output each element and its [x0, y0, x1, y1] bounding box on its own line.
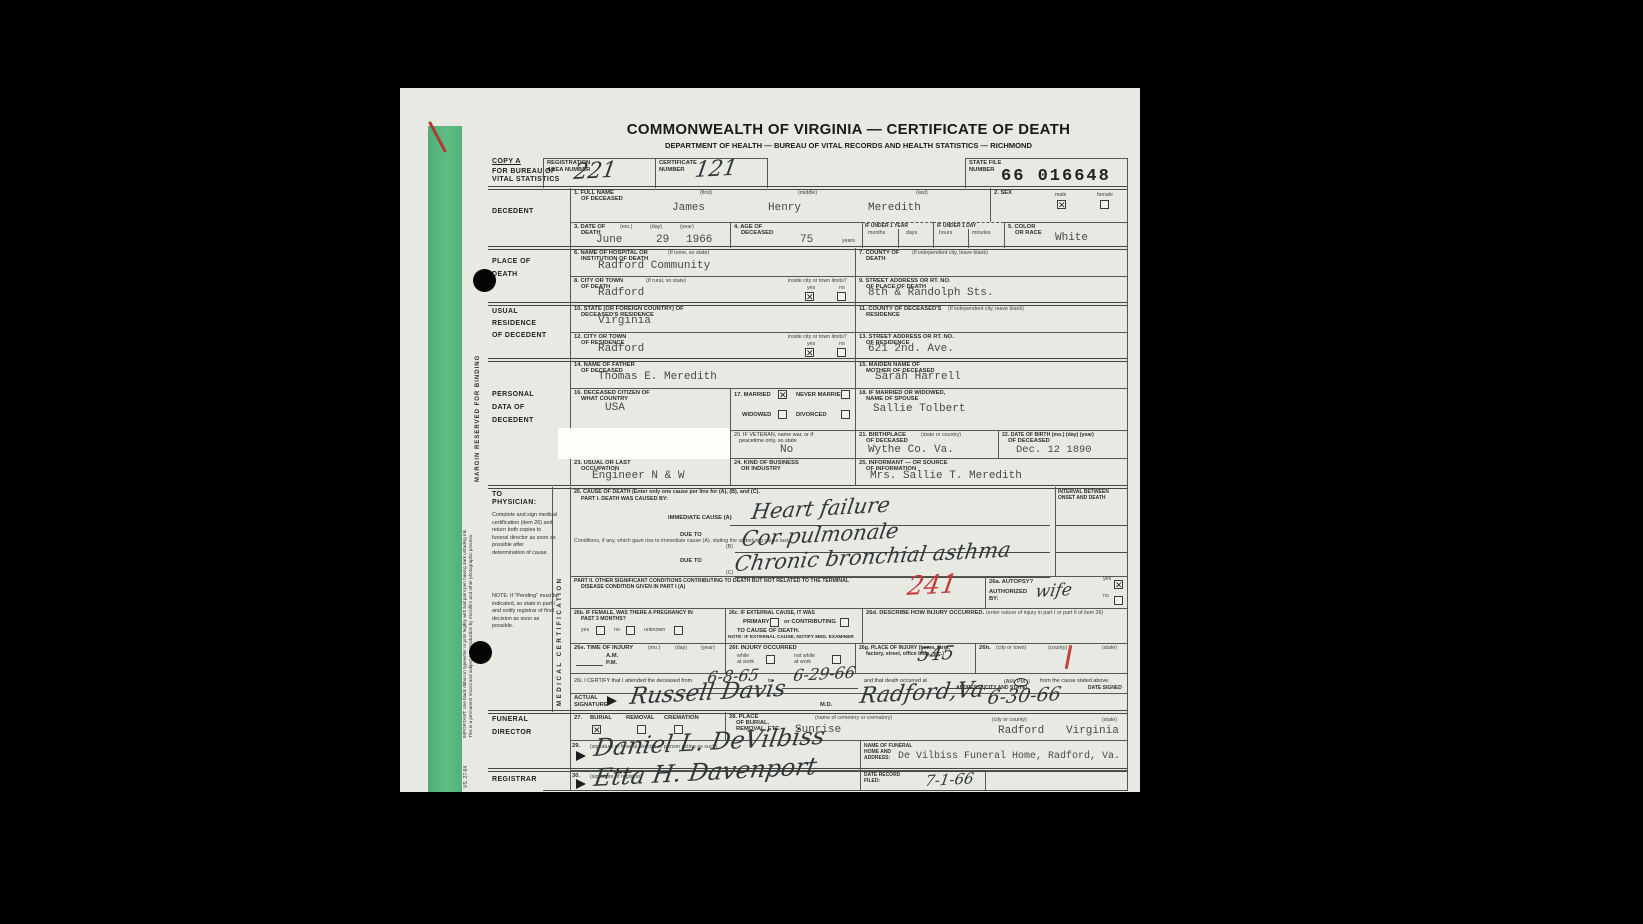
f21-paren: (state or country)	[921, 432, 961, 438]
contributing-checkbox	[840, 618, 849, 627]
street-of-death-value: 8th & Randolph Sts.	[868, 287, 993, 299]
autopsy-no-checkbox	[1114, 596, 1123, 605]
preg-yes-checkbox	[596, 626, 605, 635]
f26h-label: 26h.	[979, 645, 991, 652]
death-year: 1966	[686, 234, 712, 246]
section-usual-1: USUAL	[492, 308, 518, 315]
autopsy-yes-checkbox	[1114, 580, 1123, 589]
date-filed-value: 7-1-66	[924, 769, 975, 790]
funeral-home-label3: ADDRESS:	[864, 755, 890, 761]
f26c-label: 26c. IF EXTERNAL CAUSE, IT WAS	[729, 610, 815, 617]
registration-area-value: 221	[572, 158, 618, 185]
informant-value: Mrs. Sallie T. Meredith	[870, 470, 1022, 482]
u1d-hours: hours	[939, 230, 952, 236]
sex-female-checkbox	[1100, 200, 1109, 209]
u1d-divider	[968, 229, 969, 248]
section-usual-2: RESIDENCE	[492, 320, 536, 327]
section-personal-3: DECEDENT	[492, 417, 534, 424]
autopsy-yes-label: yes	[1103, 576, 1111, 582]
f26c-note: NOTE: IF EXTERNAL CAUSE, NOTIFY MED. EXA…	[728, 635, 854, 641]
u1y-days: days	[906, 230, 917, 236]
f8-yes-checkbox	[805, 292, 814, 301]
f12-no-checkbox	[837, 348, 846, 357]
burial-state-value: Virginia	[1066, 725, 1119, 737]
f12-inside-label: inside city or town limits?	[788, 334, 847, 340]
f1-last-label: (last)	[916, 190, 928, 196]
birthplace-value: Wythe Co. Va.	[868, 444, 954, 456]
certificate-subtitle: DEPARTMENT OF HEALTH — BUREAU OF VITAL R…	[570, 141, 1127, 150]
f28-cemetery-label: (name of cemetery or crematory)	[815, 715, 892, 721]
date-signed-label: DATE SIGNED	[1088, 685, 1122, 691]
f26b-label2: PAST 3 MONTHS?	[581, 616, 626, 623]
authorized-label2: BY:	[989, 596, 999, 603]
widowed-checkbox	[778, 410, 787, 419]
f26h-city-label: (city or town)	[996, 645, 1026, 651]
f26e-label: 26e. TIME OF INJURY	[574, 645, 633, 652]
immediate-cause-label: IMMEDIATE CAUSE (A)	[668, 515, 732, 522]
spouse-name-value: Sallie Tolbert	[873, 403, 965, 415]
section-funeral-2: DIRECTOR	[492, 729, 532, 736]
f28-state-label: (state)	[1102, 717, 1117, 723]
f26e-year: (year)	[701, 645, 715, 651]
age-value: 75	[800, 234, 813, 246]
md-label: M.D.	[820, 702, 832, 709]
to-physician-1: TO	[492, 491, 502, 498]
burial-city-value: Radford	[998, 725, 1044, 737]
f27-label: 27.	[574, 715, 582, 722]
to-physician-body: Complete and sign medical certification …	[492, 512, 558, 557]
part2-red-value: 241	[905, 569, 959, 602]
funeral-home-value: De Vilbiss Funeral Home, Radford, Va.	[898, 751, 1120, 762]
u1y-divider	[898, 229, 899, 248]
divorced-checkbox	[841, 410, 850, 419]
signature-arrow-icon	[607, 696, 617, 706]
death-day: 29	[656, 234, 669, 246]
f29-label: 29.	[572, 743, 580, 750]
attended-to-value: 6-29-66	[792, 663, 857, 685]
section-personal-1: PERSONAL	[492, 391, 534, 398]
conditions-note: Conditions, if any, which gave rise to i…	[574, 538, 666, 544]
date-filed-label2: FILED:	[864, 778, 880, 784]
u1d-minutes: minutes	[972, 230, 991, 236]
f2-label: 2. SEX	[994, 190, 1012, 197]
state-file-label2: NUMBER	[969, 167, 994, 174]
f26h-county-label: (county)	[1048, 645, 1067, 651]
f3-year: (year)	[680, 224, 694, 230]
f26d-paren: (enter nature of injury in part I or par…	[986, 610, 1103, 616]
binding-margin-strip	[428, 126, 462, 792]
to-physician-2: PHYSICIAN:	[492, 499, 536, 506]
f17-never-label: NEVER MARRIED	[796, 392, 845, 399]
deceased-middle-name: Henry	[768, 202, 801, 214]
f26e-day: (day)	[675, 645, 687, 651]
birth-date-value: Dec. 12 1890	[1016, 444, 1092, 456]
f26e-line	[576, 665, 603, 666]
u1y-months: months	[868, 230, 885, 236]
death-time-value: 545	[916, 642, 956, 666]
f1-first-label: (first)	[700, 190, 712, 196]
interval-line2	[1055, 552, 1127, 553]
f12-no-label: no	[839, 341, 845, 347]
part2-label2: DISEASE CONDITION GIVEN IN PART I (A)	[581, 584, 685, 591]
removal-label: REMOVAL	[626, 715, 655, 722]
occupation-value: Engineer N & W	[592, 470, 684, 482]
certificate-number-value: 121	[693, 156, 739, 183]
f8-paren: (If rural, so state)	[646, 278, 686, 284]
certificate-title: COMMONWEALTH OF VIRGINIA — CERTIFICATE O…	[570, 121, 1127, 138]
f4-years-label: years	[842, 238, 855, 244]
punch-hole-bottom	[469, 641, 492, 664]
certificate-number-label2: NUMBER	[659, 167, 684, 174]
authorized-by-value: wife	[1034, 580, 1073, 602]
f8-no-checkbox	[837, 292, 846, 301]
f26h-state-label: (state)	[1102, 645, 1117, 651]
f3-day: (day)	[650, 224, 662, 230]
f26-label: 26. CAUSE OF DEATH (Enter only one cause…	[574, 489, 760, 496]
autopsy-no-label: no	[1103, 593, 1109, 599]
deceased-last-name: Meredith	[868, 202, 921, 214]
section-place-1: PLACE OF	[492, 258, 531, 265]
section-usual-3: OF DECEDENT	[492, 332, 547, 339]
f6-paren: (If none, so state)	[668, 250, 709, 256]
hospital-value: Radford Community	[598, 260, 710, 272]
f17-married-label: 17. MARRIED	[734, 392, 771, 399]
f8-no-label: no	[839, 285, 845, 291]
f8-inside-label: inside city or town limits?	[788, 278, 847, 284]
residence-state-value: Virginia	[598, 315, 651, 327]
burial-label: BURIAL	[590, 715, 612, 722]
death-month: June	[596, 234, 622, 246]
f26-part1-label: PART I. DEATH WAS CAUSED BY:	[581, 496, 668, 503]
f26f-atwork: at work	[737, 659, 754, 665]
autopsy-label: 26a. AUTOPSY?	[989, 579, 1033, 586]
father-name-value: Thomas E. Meredith	[598, 371, 717, 383]
race-value: White	[1055, 232, 1088, 244]
section-place-2: DEATH	[492, 271, 518, 278]
f11-label2: RESIDENCE	[866, 312, 900, 319]
section-personal-2: DATA OF	[492, 404, 525, 411]
sex-female-label: female	[1097, 192, 1113, 198]
f26d-label: 26d. DESCRIBE HOW INJURY OCCURRED.	[866, 610, 984, 617]
primary-label: PRIMARY	[743, 619, 770, 626]
state-file-number: 66 016648	[1001, 167, 1111, 186]
binding-margin-text: MARGIN RESERVED FOR BINDING	[474, 172, 482, 482]
f12-yes-checkbox	[805, 348, 814, 357]
veteran-value: No	[780, 444, 793, 456]
cremation-label: CREMATION	[664, 715, 699, 722]
city-of-death-value: Radford	[598, 287, 644, 299]
u1d-label: IF UNDER 1 DAY	[937, 223, 976, 229]
deceased-first-name: James	[672, 202, 705, 214]
medical-certification-label: MEDICAL CERTIFICATION	[556, 496, 565, 706]
residence-city-value: Radford	[598, 343, 644, 355]
f17-divorced-label: DIVORCED	[796, 412, 827, 419]
date-filed-divider	[985, 770, 986, 791]
f11-paren: (If independent city, leave blank)	[948, 306, 1024, 312]
f28-city-label: (city or county)	[992, 717, 1027, 723]
f8-yes-label: yes	[807, 285, 815, 291]
redaction-box	[558, 428, 730, 459]
f7-label2: DEATH	[866, 256, 886, 263]
death-certificate-scan: IMPORTANT: Use black ribbon in typewrite…	[400, 88, 1140, 792]
date-signed-value: 6-30-66	[986, 683, 1063, 709]
preg-unknown-checkbox	[674, 626, 683, 635]
form-code: VS. 27-64	[463, 724, 470, 788]
scan-backdrop: { "header": { "title": "COMMONWEALTH OF …	[0, 0, 1643, 924]
b-label: (B)	[726, 544, 733, 550]
citizen-value: USA	[605, 402, 625, 414]
due-to-c-label: DUE TO	[680, 558, 702, 565]
f17-widowed-label: WIDOWED	[742, 412, 771, 419]
f4-label2: DECEASED	[741, 230, 773, 237]
f26f-label: 26f. INJURY OCCURRED	[729, 645, 797, 652]
section-decedent: DECEDENT	[492, 208, 534, 215]
sex-male-checkbox	[1057, 200, 1066, 209]
f24-label2: OR INDUSTRY	[741, 466, 781, 473]
f1-middle-label: (middle)	[798, 190, 817, 196]
u1y-label: IF UNDER 1 YEAR	[865, 223, 908, 229]
residence-street-value: 621 2nd. Ave.	[868, 343, 954, 355]
contributing-label: or CONTRIBUTING	[784, 619, 836, 626]
preg-unknown-label: unknown	[644, 627, 665, 633]
primary-checkbox	[770, 618, 779, 627]
preg-no-label: no	[614, 627, 620, 633]
never-married-checkbox	[841, 390, 850, 399]
f1-label2: OF DECEASED	[581, 196, 623, 203]
interval-label2: ONSET AND DEATH	[1058, 495, 1106, 501]
f12-yes-label: yes	[807, 341, 815, 347]
sex-male-label: male	[1055, 192, 1066, 198]
certify-line2	[782, 688, 858, 689]
section-registrar: REGISTRAR	[492, 776, 537, 783]
at-work-checkbox	[766, 655, 775, 664]
preg-yes-label: yes	[581, 627, 589, 633]
preg-no-checkbox	[626, 626, 635, 635]
f5-label2: OR RACE	[1015, 230, 1042, 237]
registrar-arrow-icon	[576, 779, 586, 789]
f26e-pm: P.M.	[606, 660, 617, 667]
f7-paren: (If independent city, leave blank)	[912, 250, 988, 256]
signature-label: SIGNATURE	[574, 702, 608, 709]
f26e-mo: (mo.)	[648, 645, 660, 651]
interval-line1	[1055, 525, 1127, 526]
mother-name-value: Sarah Harrell	[875, 371, 961, 383]
form-right-frame	[1127, 158, 1128, 791]
section-funeral-1: FUNERAL	[492, 716, 528, 723]
f3-mo: (mo.)	[620, 224, 632, 230]
married-checkbox	[778, 390, 787, 399]
funeral-director-arrow-icon	[576, 751, 586, 761]
copy-label: COPY A	[492, 158, 521, 165]
